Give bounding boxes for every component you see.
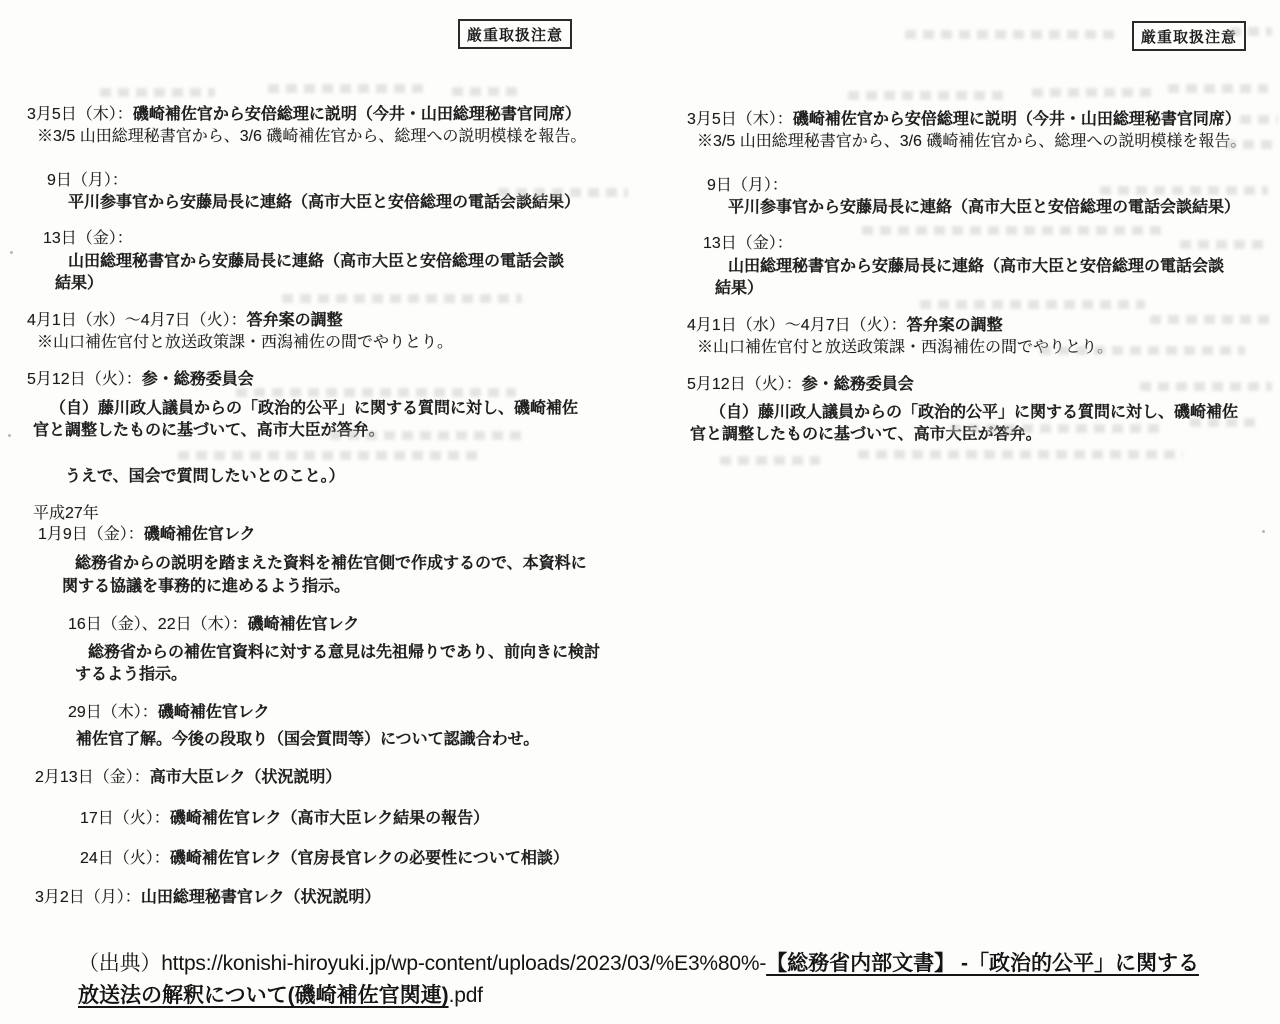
- citation-file-extension: .pdf: [449, 984, 483, 1007]
- scanned-document: 厳重取扱注意 3月5日（木）：磯崎補佐官から安倍総理に説明（今井・山田総理秘書官…: [0, 0, 1280, 1024]
- timeline-line-date: ※3/5 山田総理秘書官から、3/6 磯崎補佐官から、総理への説明模様を報告。: [697, 133, 1246, 150]
- timeline-line-text: 参・総務委員会: [802, 376, 914, 393]
- timeline-line: 結果）: [715, 281, 763, 298]
- citation-document-title-part1: 【総務省内部文書】 -「政治的公平」に関する: [766, 952, 1199, 975]
- timeline-line: ※山口補佐官付と放送政策課・西潟補佐の間でやりとり。: [697, 340, 1113, 357]
- timeline-line-text: 結果）: [715, 280, 763, 297]
- citation-document-title-part2: 放送法の解釈について(磯崎補佐官関連): [78, 984, 449, 1007]
- timeline-line-date: 4月1日（水）～4月7日（火）：: [687, 317, 907, 334]
- timeline-line-date: 5月12日（火）：: [687, 376, 802, 393]
- timeline-line: 平川参事官から安藤局長に連絡（高市大臣と安倍総理の電話会談結果）: [728, 200, 1240, 217]
- timeline-line-date: ※山口補佐官付と放送政策課・西潟補佐の間でやりとり。: [697, 339, 1113, 356]
- timeline-line: 13日（金）：: [703, 236, 793, 253]
- timeline-line: 官と調整したものに基づいて、高市大臣が答弁。: [690, 427, 1042, 444]
- scan-speck: [10, 251, 13, 254]
- classification-stamp-label: 厳重取扱注意: [1141, 29, 1237, 46]
- scan-speck: [8, 434, 11, 437]
- page-right: 厳重取扱注意 3月5日（木）：磯崎補佐官から安倍総理に説明（今井・山田総理秘書官…: [0, 0, 1280, 1024]
- scan-speck: [1262, 530, 1265, 533]
- classification-stamp-right: 厳重取扱注意: [1132, 21, 1246, 51]
- timeline-line-date: 9日（月）：: [707, 177, 788, 194]
- citation-url: https://konishi-hiroyuki.jp/wp-content/u…: [161, 952, 766, 975]
- citation-line-1: （出典）https://konishi-hiroyuki.jp/wp-conte…: [78, 948, 1274, 980]
- timeline-line-date: 3月5日（木）：: [687, 111, 793, 128]
- source-citation: （出典）https://konishi-hiroyuki.jp/wp-conte…: [78, 948, 1274, 1012]
- timeline-line: （自）藤川政人議員からの「政治的公平」に関する質問に対し、磯崎補佐: [710, 405, 1238, 422]
- timeline-line-text: （自）藤川政人議員からの「政治的公平」に関する質問に対し、磯崎補佐: [710, 404, 1238, 421]
- timeline-line-text: 官と調整したものに基づいて、高市大臣が答弁。: [690, 426, 1042, 443]
- citation-line-2: 放送法の解釈について(磯崎補佐官関連).pdf: [78, 980, 1274, 1012]
- timeline-line-text: 平川参事官から安藤局長に連絡（高市大臣と安倍総理の電話会談結果）: [728, 199, 1240, 216]
- timeline-line: 4月1日（水）～4月7日（火）：答弁案の調整: [687, 318, 1003, 335]
- citation-prefix: （出典）: [78, 952, 161, 975]
- timeline-line: 5月12日（火）：参・総務委員会: [687, 377, 914, 394]
- timeline-line: ※3/5 山田総理秘書官から、3/6 磯崎補佐官から、総理への説明模様を報告。: [697, 134, 1246, 151]
- timeline-line-text: 山田総理秘書官から安藤局長に連絡（高市大臣と安倍総理の電話会談: [728, 258, 1224, 275]
- timeline-line-date: 13日（金）：: [703, 235, 793, 252]
- timeline-line: 9日（月）：: [707, 178, 788, 195]
- timeline-line: 山田総理秘書官から安藤局長に連絡（高市大臣と安倍総理の電話会談: [728, 259, 1224, 276]
- timeline-line: 3月5日（木）：磯崎補佐官から安倍総理に説明（今井・山田総理秘書官同席）: [687, 112, 1241, 129]
- timeline-line-text: 磯崎補佐官から安倍総理に説明（今井・山田総理秘書官同席）: [793, 111, 1241, 128]
- timeline-line-text: 答弁案の調整: [907, 317, 1003, 334]
